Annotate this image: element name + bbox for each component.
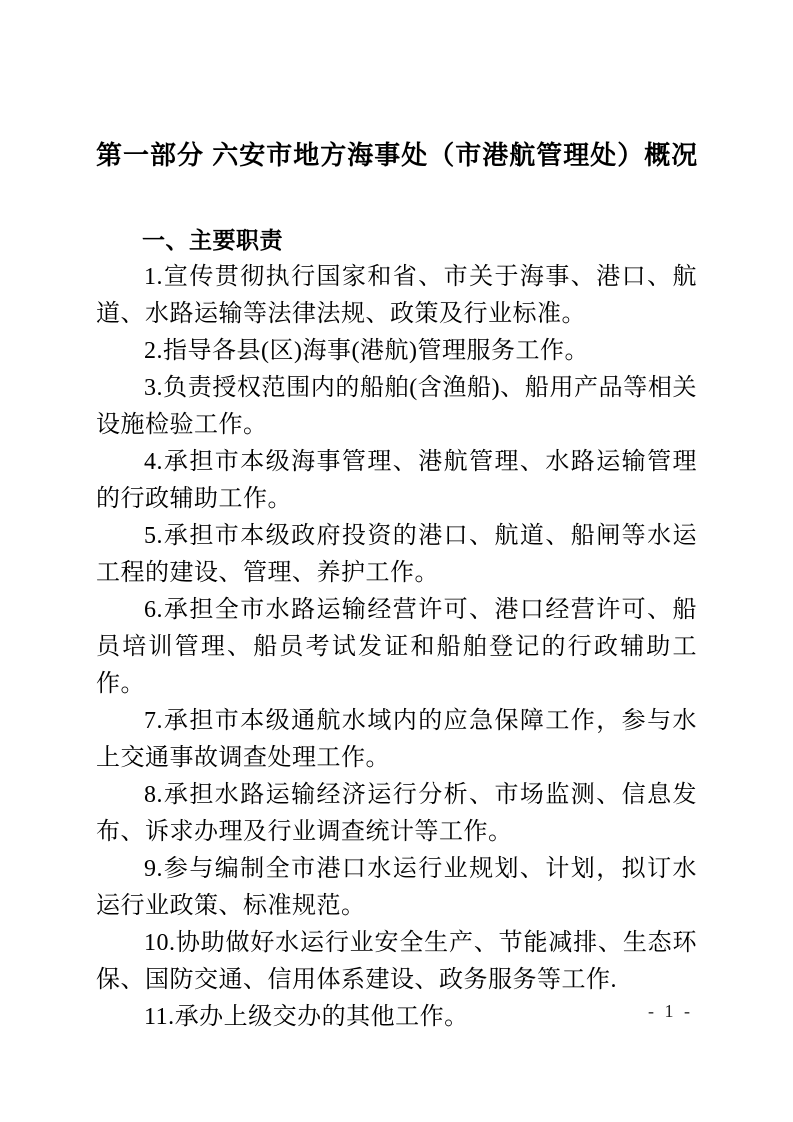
- document-page: 第一部分 六安市地方海事处（市港航管理处）概况 一、主要职责 1.宣传贯彻执行国…: [0, 0, 793, 1122]
- body-text: 一、主要职责 1.宣传贯彻执行国家和省、市关于海事、港口、航道、水路运输等法律法…: [96, 222, 697, 1036]
- paragraph-8: 8.承担水路运输经济运行分析、市场监测、信息发布、诉求办理及行业调查统计等工作。: [96, 777, 697, 851]
- page-number: - 1 -: [648, 1000, 693, 1022]
- document-content: 第一部分 六安市地方海事处（市港航管理处）概况 一、主要职责 1.宣传贯彻执行国…: [0, 0, 793, 1036]
- section-heading: 一、主要职责: [96, 222, 697, 259]
- paragraph-7: 7.承担市本级通航水域内的应急保障工作，参与水上交通事故调查处理工作。: [96, 703, 697, 777]
- paragraph-5: 5.承担市本级政府投资的港口、航道、船闸等水运工程的建设、管理、养护工作。: [96, 518, 697, 592]
- paragraph-10: 10.协助做好水运行业安全生产、节能减排、生态环保、国防交通、信用体系建设、政务…: [96, 925, 697, 999]
- paragraph-1: 1.宣传贯彻执行国家和省、市关于海事、港口、航道、水路运输等法律法规、政策及行业…: [96, 259, 697, 333]
- paragraph-9: 9.参与编制全市港口水运行业规划、计划，拟订水运行业政策、标准规范。: [96, 851, 697, 925]
- paragraph-6: 6.承担全市水路运输经营许可、港口经营许可、船员培训管理、船员考试发证和船舶登记…: [96, 592, 697, 703]
- document-title: 第一部分 六安市地方海事处（市港航管理处）概况: [96, 136, 697, 174]
- paragraph-4: 4.承担市本级海事管理、港航管理、水路运输管理的行政辅助工作。: [96, 444, 697, 518]
- paragraph-2: 2.指导各县(区)海事(港航)管理服务工作。: [96, 333, 697, 370]
- paragraph-3: 3.负责授权范围内的船舶(含渔船)、船用产品等相关设施检验工作。: [96, 370, 697, 444]
- paragraph-11: 11.承办上级交办的其他工作。: [96, 999, 697, 1036]
